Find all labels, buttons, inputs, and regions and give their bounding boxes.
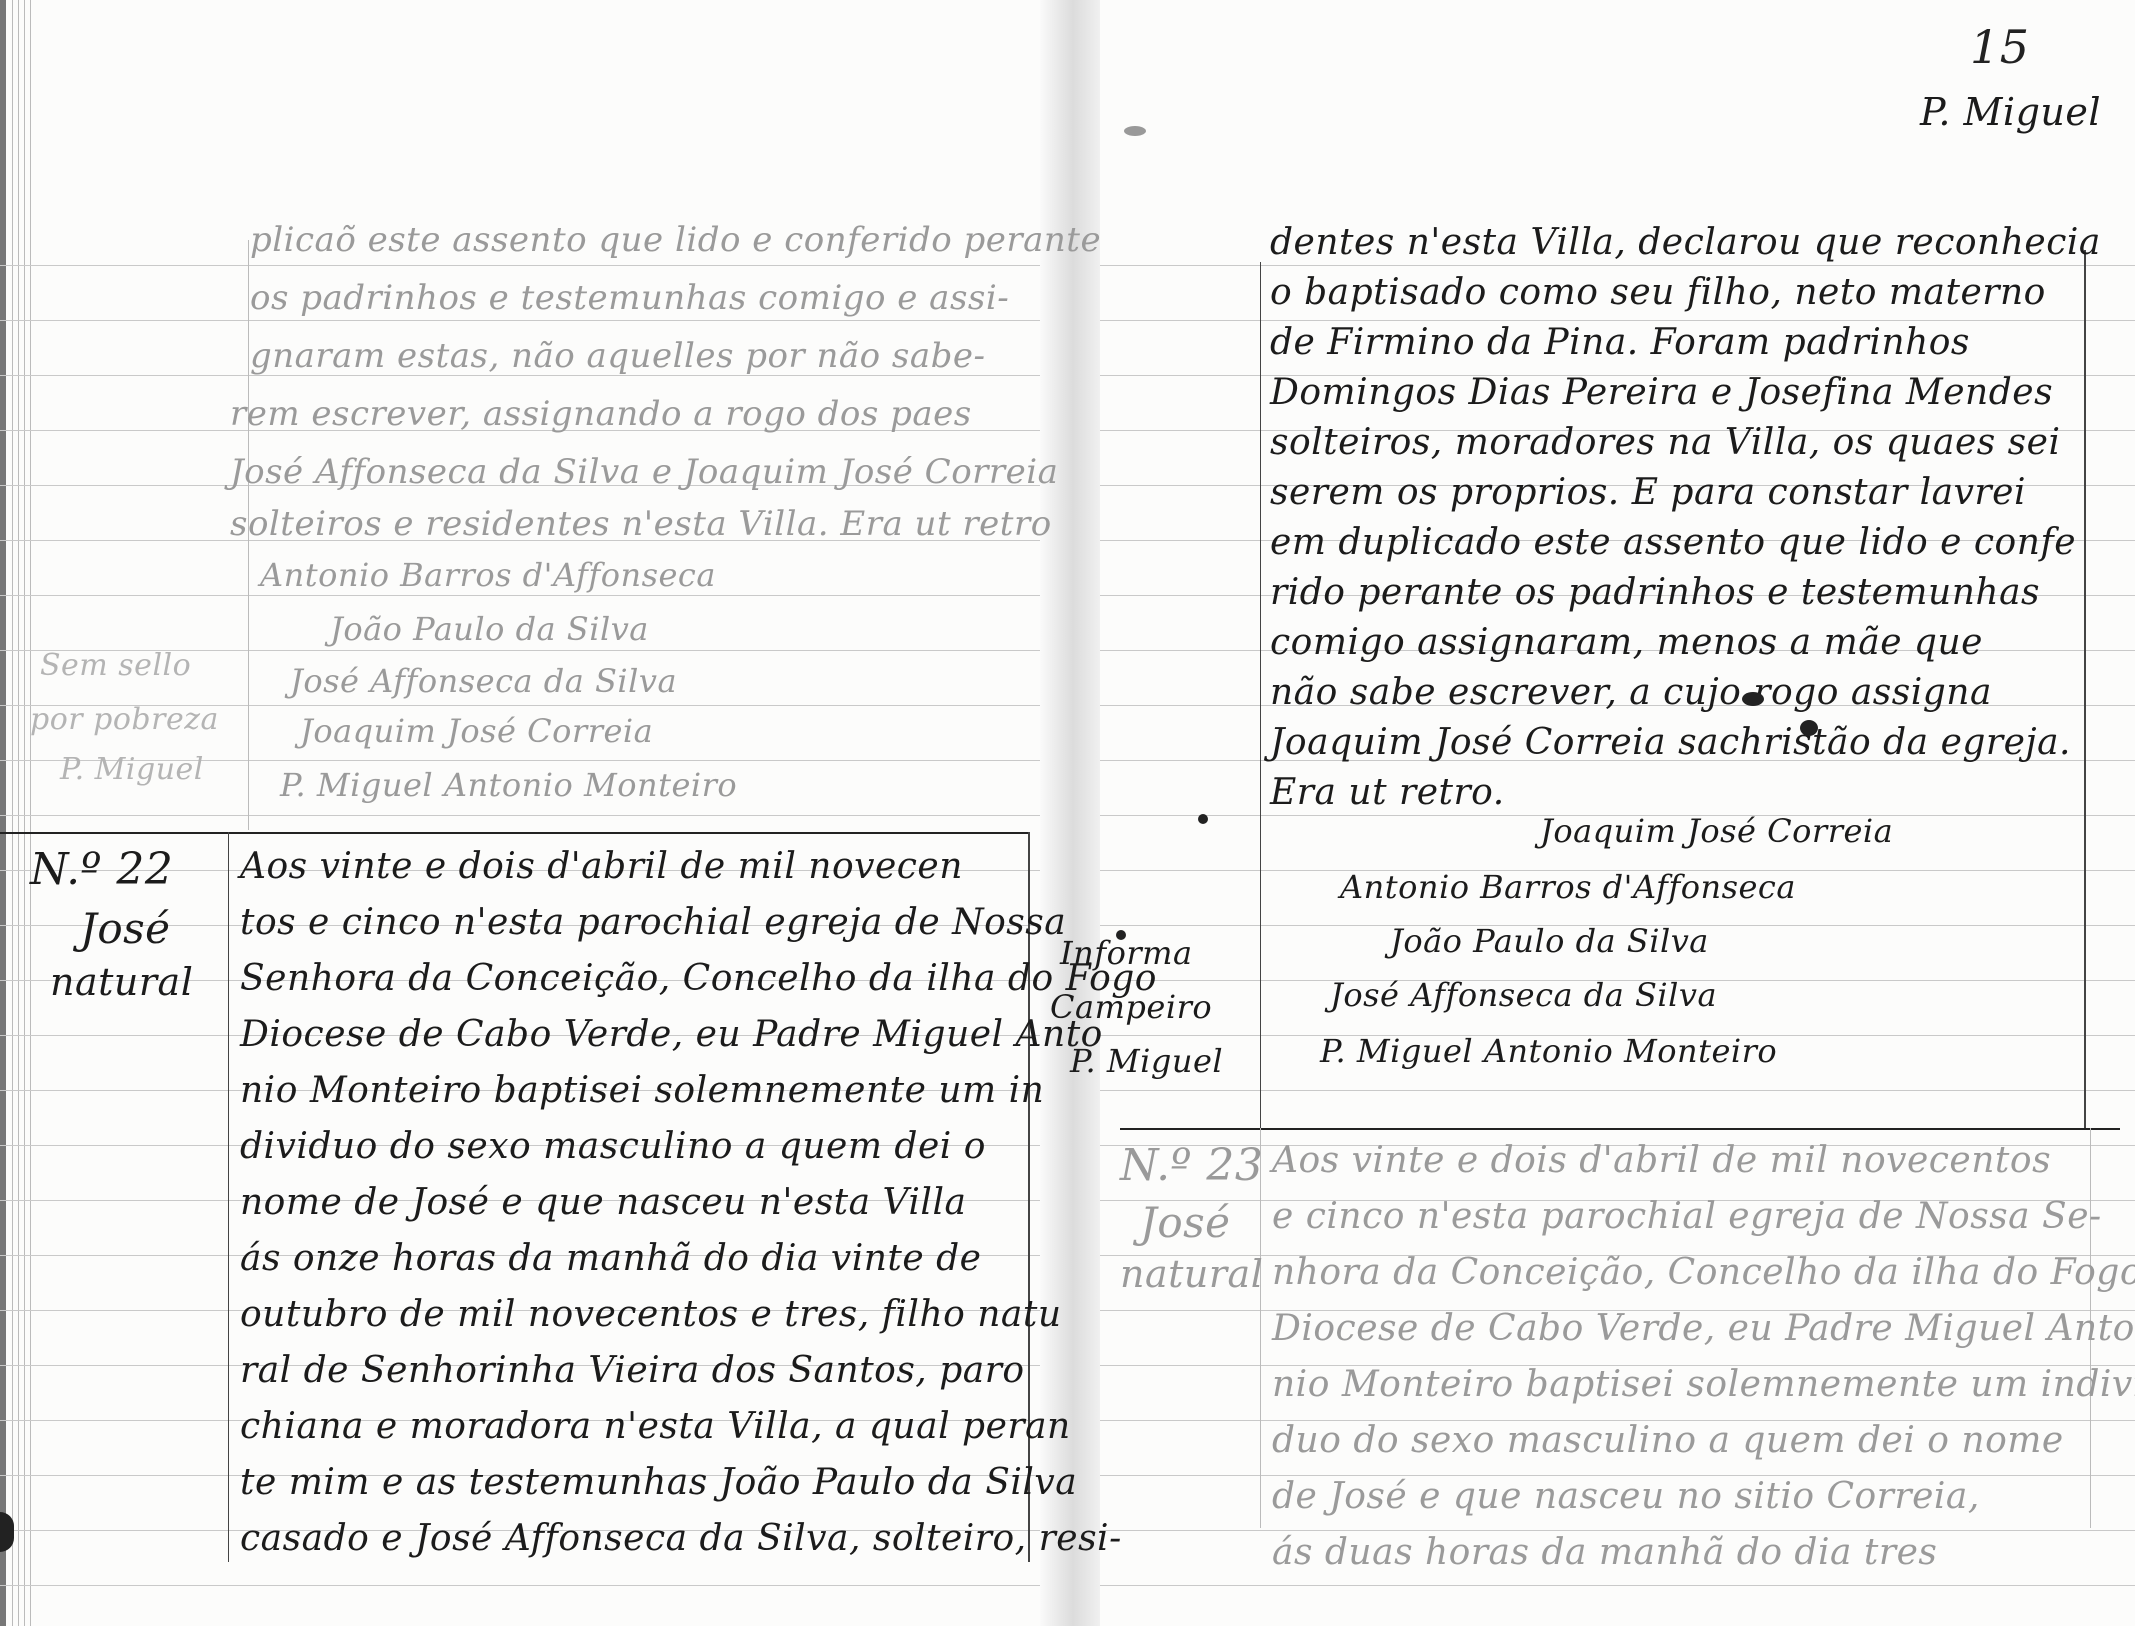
entry-text-line: em duplicado este assento que lido e con… <box>1270 522 2076 563</box>
signature: Antonio Barros d'Affonseca <box>1340 868 1796 906</box>
continuation-line: solteiros e residentes n'esta Villa. Era… <box>230 504 1052 544</box>
entry-text-line: Diocese de Cabo Verde, eu Padre Miguel A… <box>1272 1308 2135 1349</box>
continuation-line: José Affonseca da Silva e Joaquim José C… <box>230 452 1058 492</box>
entry-text-line: rido perante os padrinhos e testemunhas <box>1270 572 2040 613</box>
entry-text-line: ás duas horas da manhã do dia tres <box>1272 1532 1937 1573</box>
ink-blot <box>1124 126 1146 136</box>
entry-text-line: o baptisado como seu filho, neto materno <box>1270 272 2046 313</box>
entry-text-line: te mim e as testemunhas João Paulo da Si… <box>240 1462 1077 1503</box>
ink-blot <box>1800 720 1818 736</box>
entry-text-line: Domingos Dias Pereira e Josefina Mendes <box>1270 372 2053 413</box>
signature: P. Miguel Antonio Monteiro <box>1320 1032 1777 1070</box>
entry-status: natural <box>1120 1252 1263 1296</box>
ink-blot <box>1116 930 1126 940</box>
margin-note-line: P. Miguel <box>60 752 204 787</box>
entry-text-line: chiana e moradora n'esta Villa, a qual p… <box>240 1406 1071 1447</box>
entry-text-line: Aos vinte e dois d'abril de mil novecent… <box>1272 1140 2051 1181</box>
signature: Joaquim José Correia <box>1540 812 1893 850</box>
signature: Joaquim José Correia <box>300 712 653 750</box>
entry-name: José <box>80 904 171 953</box>
entry-text-line: ral de Senhorinha Vieira dos Santos, par… <box>240 1350 1025 1391</box>
entry-text-line: solteiros, moradores na Villa, os quaes … <box>1270 422 2060 463</box>
text-column-right-border <box>2084 250 2086 1130</box>
entry-text-line: Senhora da Conceição, Concelho da ilha d… <box>240 958 1157 999</box>
entry-text-line: nio Monteiro baptisei solemnemente um in… <box>1272 1364 2135 1405</box>
entry-text-line: dentes n'esta Villa, declarou que reconh… <box>1270 222 2101 263</box>
entry-text-line: Joaquim José Correia sachristão da egrej… <box>1270 722 2071 763</box>
entry-text-line: dividuo do sexo masculino a quem dei o <box>240 1126 986 1167</box>
signature: João Paulo da Silva <box>1390 922 1709 960</box>
ink-blot <box>1742 692 1764 706</box>
entry-text-line: ás onze horas da manhã do dia vinte de <box>240 1238 981 1279</box>
entry-text-line: Diocese de Cabo Verde, eu Padre Miguel A… <box>240 1014 1103 1055</box>
margin-note-line: Informa <box>1060 934 1193 972</box>
ink-blot <box>1198 814 1208 824</box>
continuation-line: os padrinhos e testemunhas comigo e assi… <box>250 278 1009 318</box>
entry-text-line: serem os proprios. E para constar lavrei <box>1270 472 2026 513</box>
right-page: 15 P. Miguel dentes n'esta Villa, declar… <box>1160 0 2135 1626</box>
page-header-signature: P. Miguel <box>1920 90 2101 134</box>
entry-text-line: de José e que nasceu no sitio Correia, <box>1272 1476 1980 1517</box>
entry-text-line: comigo assignaram, menos a mãe que <box>1270 622 1983 663</box>
left-page: plicaõ este assento que lido e conferido… <box>0 0 1040 1626</box>
entry-text-line: tos e cinco n'esta parochial egreja de N… <box>240 902 1066 943</box>
ledger-spread: plicaõ este assento que lido e conferido… <box>0 0 2135 1626</box>
margin-column-line <box>228 832 229 1562</box>
page-number: 15 <box>1970 20 2030 74</box>
entry-text-line: não sabe escrever, a cujo rogo assigna <box>1270 672 1992 713</box>
entry-text-line: e cinco n'esta parochial egreja de Nossa… <box>1272 1196 2102 1237</box>
entry-number: N.º 23 <box>1120 1140 1263 1191</box>
margin-note-line: por pobreza <box>30 702 219 737</box>
signature: P. Miguel Antonio Monteiro <box>280 766 737 804</box>
signature: Antonio Barros d'Affonseca <box>260 556 716 594</box>
entry-text-line: nome de José e que nasceu n'esta Villa <box>240 1182 966 1223</box>
continuation-line: plicaõ este assento que lido e conferido… <box>250 220 1101 260</box>
signature: João Paulo da Silva <box>330 610 649 648</box>
entry-name: José <box>1140 1198 1231 1247</box>
continuation-line: gnaram estas, não aquelles por não sabe- <box>250 336 986 376</box>
entry-text-line: outubro de mil novecentos e tres, filho … <box>240 1294 1062 1335</box>
entry-text-line: nhora da Conceição, Concelho da ilha do … <box>1272 1252 2135 1293</box>
entry-number: N.º 22 <box>30 844 173 895</box>
entry-separator <box>0 832 1030 834</box>
entry-text-line: casado e José Affonseca da Silva, soltei… <box>240 1518 1122 1559</box>
entry-separator <box>1120 1128 2120 1130</box>
entry-text-line: nio Monteiro baptisei solemnemente um in <box>240 1070 1044 1111</box>
entry-status: natural <box>50 960 193 1004</box>
signature: José Affonseca da Silva <box>290 662 677 700</box>
entry-text-line: Era ut retro. <box>1270 772 1505 813</box>
entry-text-line: duo do sexo masculino a quem dei o nome <box>1272 1420 2064 1461</box>
signature: José Affonseca da Silva <box>1330 976 1717 1014</box>
margin-note-line: P. Miguel <box>1070 1042 1223 1080</box>
entry-text-line: Aos vinte e dois d'abril de mil novecen <box>240 846 963 887</box>
continuation-line: rem escrever, assignando a rogo dos paes <box>230 394 972 434</box>
margin-note-line: Campeiro <box>1050 988 1212 1026</box>
entry-text-line: de Firmino da Pina. Foram padrinhos <box>1270 322 1970 363</box>
margin-column-line <box>1260 262 1261 1132</box>
margin-note-line: Sem sello <box>40 648 191 683</box>
